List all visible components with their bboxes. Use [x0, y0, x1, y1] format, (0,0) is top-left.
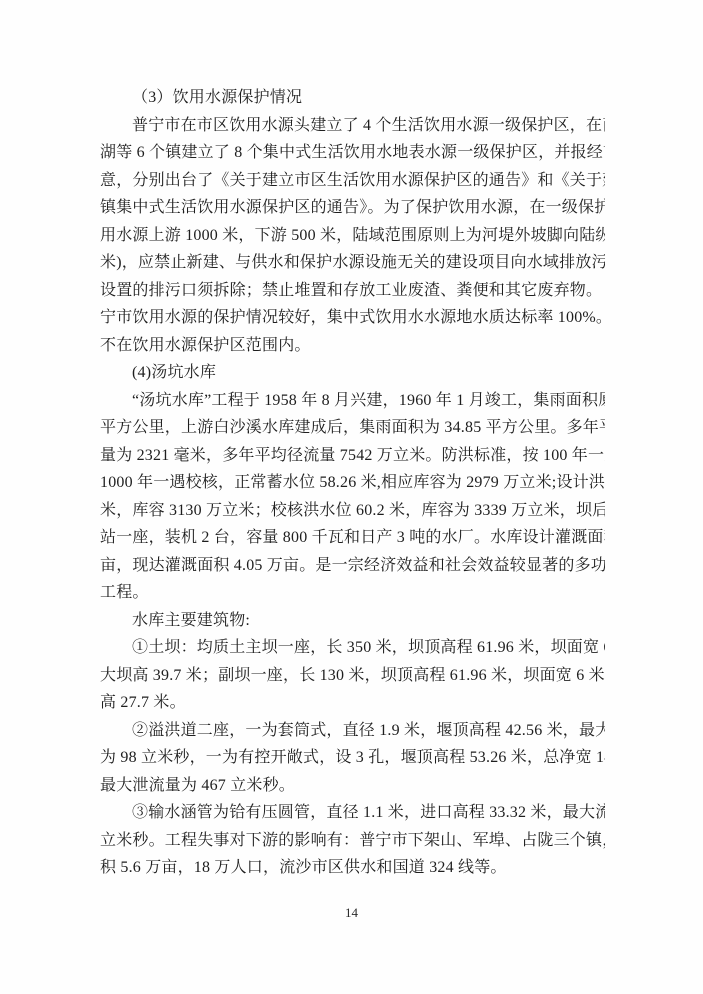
paragraph-line: 湖等 6 个镇建立了 8 个集中式生活饮用水地表水源一级保护区，并报经市政府同 [100, 139, 605, 167]
paragraph-line: 亩，现达灌溉面积 4.05 万亩。是一宗经济效益和社会效益较显著的多功能水库 [100, 552, 605, 580]
section-heading-3: （3）饮用水源保护情况 [100, 84, 605, 112]
paragraph-line: 用水源上游 1000 米，下游 500 米，陆域范围原则上为河堤外坡脚向陆纵深 … [100, 222, 605, 250]
document-body: （3）饮用水源保护情况 普宁市在市区饮用水源头建立了 4 个生活饮用水源一级保护… [100, 84, 605, 882]
list-item-2-line: ②溢洪道二座，一为套筒式，直径 1.9 米，堰顶高程 42.56 米，最大泄流量 [100, 717, 605, 745]
paragraph-line: 站一座，装机 2 台，容量 800 千瓦和日产 3 吨的水厂。水库设计灌溉面积 … [100, 524, 605, 552]
list-item-1-line: 大坝高 39.7 米；副坝一座，长 130 米，坝顶高程 61.96 米，坝面宽… [100, 662, 605, 690]
section-heading-4: (4)汤坑水库 [100, 359, 605, 387]
list-item-3-line: 立米秒。工程失事对下游的影响有：普宁市下架山、军埠、占陇三个镇，耕地面 [100, 827, 605, 855]
list-item-3-line: ③输水涵管为铪有压圆管，直径 1.1 米，进口高程 33.32 米，最大流量为 … [100, 799, 605, 827]
paragraph-line: 量为 2321 毫米，多年平均径流量 7542 万立米。防洪标准，按 100 年… [100, 442, 605, 470]
paragraph-line: 平方公里，上游白沙溪水库建成后，集雨面积为 34.85 平方公里。多年平均降雨 [100, 414, 605, 442]
paragraph-line: 1000 年一遇校核，正常蓄水位 58.26 米,相应库容为 2979 万立米;… [100, 469, 605, 497]
list-item-2-line: 为 98 立米秒，一为有控开敞式，设 3 孔，堰顶高程 53.26 米，总净宽 … [100, 744, 605, 772]
paragraph-line: 镇集中式生活饮用水源保护区的通告》。为了保护饮用水源，在一级保护区内(饮 [100, 194, 605, 222]
list-item-3-line: 积 5.6 万亩，18 万人口，流沙市区供水和国道 324 线等。 [100, 854, 605, 882]
paragraph-line: “汤坑水库”工程于 1958 年 8 月兴建，1960 年 1 月竣工，集雨面积… [100, 387, 605, 415]
paragraph-line: 不在饮用水源保护区范围内。 [100, 332, 605, 360]
paragraph-line: 米)，应禁止新建、与供水和保护水源设施无关的建设项目向水域排放污水，已 [100, 249, 605, 277]
list-item-2-line: 最大泄流量为 467 立米秒。 [100, 772, 605, 800]
document-page: （3）饮用水源保护情况 普宁市在市区饮用水源头建立了 4 个生活饮用水源一级保护… [0, 0, 703, 994]
paragraph-line: 意，分别出台了《关于建立市区生活饮用水源保护区的通告》和《关于建立建制 [100, 167, 605, 195]
paragraph-line: 米，库容 3130 万立米；校核洪水位 60.2 米，库容为 3339 万立米，… [100, 497, 605, 525]
subsection-heading: 水库主要建筑物: [100, 607, 605, 635]
paragraph-line: 设置的排污口须拆除；禁止堆置和存放工业废渣、粪便和其它废弃物。目前，普 [100, 277, 605, 305]
list-item-1-line: 高 27.7 米。 [100, 689, 605, 717]
list-item-1-line: ①土坝：均质土主坝一座，长 350 米，坝顶高程 61.96 米，坝面宽 6 米… [100, 634, 605, 662]
paragraph-line: 宁市饮用水源的保护情况较好，集中式饮用水水源地水质达标率 100%。本项目 [100, 304, 605, 332]
paragraph-line: 工程。 [100, 579, 605, 607]
paragraph-line: 普宁市在市区饮用水源头建立了 4 个生活饮用水源一级保护区，在南溪、里 [100, 112, 605, 140]
page-number: 14 [0, 905, 703, 921]
